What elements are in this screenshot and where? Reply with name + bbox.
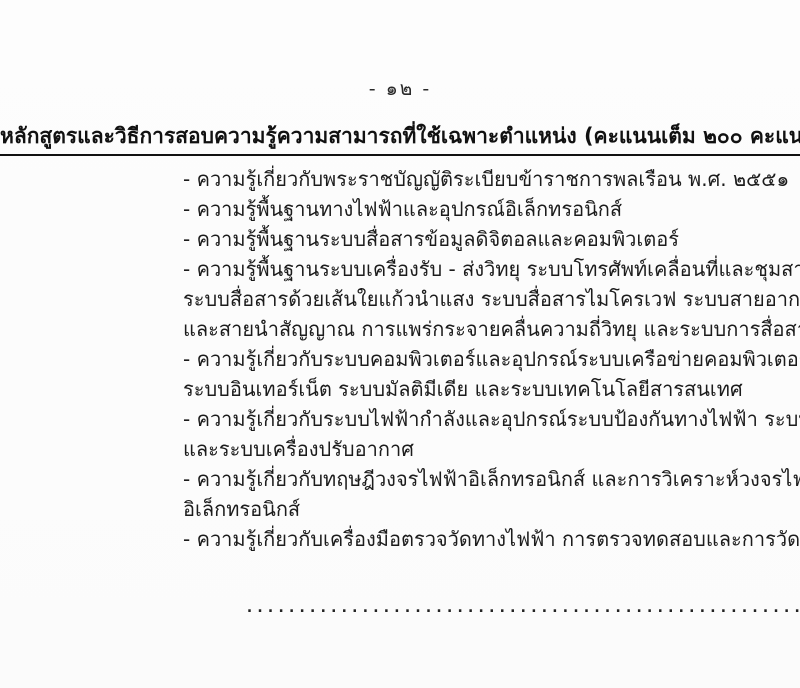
page-number: - ๑๒ -	[0, 0, 800, 102]
list-item: - ความรู้เกี่ยวกับระบบไฟฟ้ากำลังและอุปกร…	[183, 404, 794, 434]
list-item: - ความรู้เกี่ยวกับพระราชบัญญัติระเบียบข้…	[183, 164, 794, 194]
section-heading: หลักสูตรและวิธีการสอบความรู้ความสามารถที…	[0, 120, 800, 156]
document-page: - ๑๒ - หลักสูตรและวิธีการสอบความรู้ความส…	[0, 0, 800, 688]
section-heading-text: หลักสูตรและวิธีการสอบความรู้ความสามารถที…	[0, 120, 800, 156]
list-item-continuation: และระบบเครื่องปรับอากาศ	[183, 434, 794, 464]
list-item: - ความรู้เกี่ยวกับทฤษฎีวงจรไฟฟ้าอิเล็กทร…	[183, 464, 794, 494]
list-item-continuation: และสายนำสัญญาณ การแพร่กระจายคลื่นความถี่…	[183, 314, 794, 344]
dotted-divider: ........................................…	[245, 600, 800, 614]
list-item: - ความรู้พื้นฐานระบบเครื่องรับ - ส่งวิทย…	[183, 254, 794, 284]
list-item: - ความรู้พื้นฐานทางไฟฟ้าและอุปกรณ์อิเล็ก…	[183, 194, 794, 224]
list-item-continuation: ระบบอินเทอร์เน็ต ระบบมัลติมีเดีย และระบบ…	[183, 374, 794, 404]
list-item-continuation: อิเล็กทรอนิกส์	[183, 494, 794, 524]
list-item: - ความรู้เกี่ยวกับระบบคอมพิวเตอร์และอุปก…	[183, 344, 794, 374]
list-item: - ความรู้เกี่ยวกับเครื่องมือตรวจวัดทางไฟ…	[183, 524, 794, 554]
list-item: - ความรู้พื้นฐานระบบสื่อสารข้อมูลดิจิตอล…	[183, 224, 794, 254]
list-item-continuation: ระบบสื่อสารด้วยเส้นใยแก้วนำแสง ระบบสื่อส…	[183, 284, 794, 314]
bullet-list: - ความรู้เกี่ยวกับพระราชบัญญัติระเบียบข้…	[183, 164, 794, 554]
